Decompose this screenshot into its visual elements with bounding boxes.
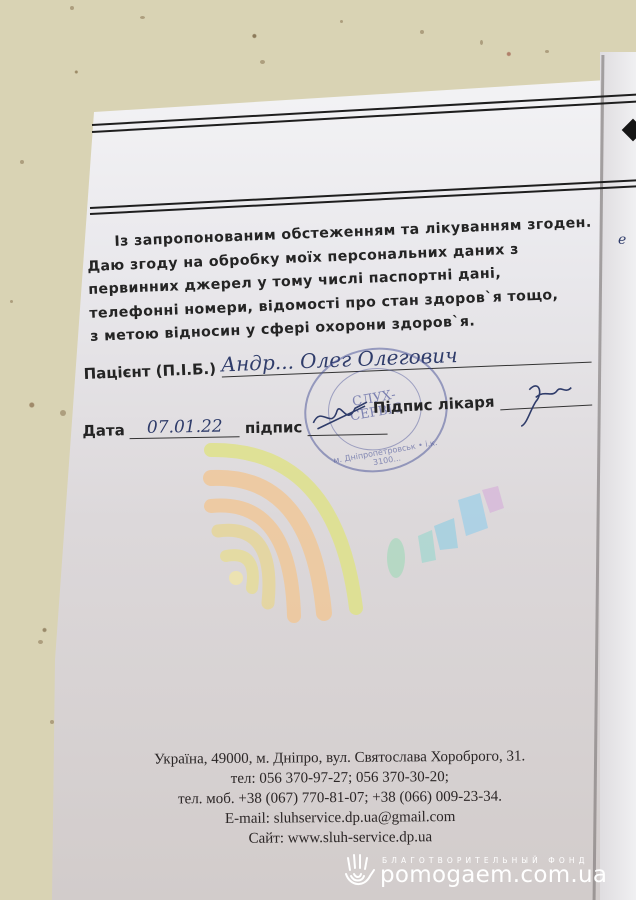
patient-signature-label: підпис	[245, 418, 303, 437]
margin-pen-mark: е	[618, 232, 626, 248]
clinic-mobile-phones: тел. моб. +38 (067) 770-81-07; +38 (066)…	[115, 786, 565, 810]
doctor-signature-scribble-icon	[499, 377, 591, 430]
table-speck	[545, 50, 549, 53]
table-speck	[340, 20, 343, 23]
patient-signature-scribble-icon	[307, 400, 378, 431]
table-speck	[10, 300, 13, 303]
table-speck	[480, 40, 483, 45]
table-speck	[70, 6, 74, 10]
clinic-address: Україна, 49000, м. Дніпро, вул. Святосла…	[115, 746, 565, 770]
table-speck	[50, 720, 54, 724]
watermark-site: pomogaem.com.ua	[380, 862, 607, 888]
table-speck	[420, 30, 424, 34]
consent-statement: Із запропонованим обстеженням та лікуван…	[86, 211, 610, 349]
clinic-contacts-footer: Україна, 49000, м. Дніпро, вул. Святосла…	[115, 746, 566, 850]
table-speck	[38, 640, 43, 644]
doctor-signature-field[interactable]	[499, 377, 592, 411]
date-signature-row: Дата 07.01.22 підпис	[82, 400, 388, 440]
date-label: Дата	[82, 421, 125, 440]
table-speck	[260, 60, 265, 64]
table-speck	[60, 410, 66, 416]
clinic-website: Сайт: www.sluh-service.dp.ua	[115, 826, 565, 850]
table-speck	[20, 160, 24, 164]
date-handwritten: 07.01.22	[147, 417, 223, 438]
date-field[interactable]: 07.01.22	[130, 416, 240, 439]
table-speck	[140, 16, 145, 19]
hand-logo-icon	[342, 852, 376, 890]
